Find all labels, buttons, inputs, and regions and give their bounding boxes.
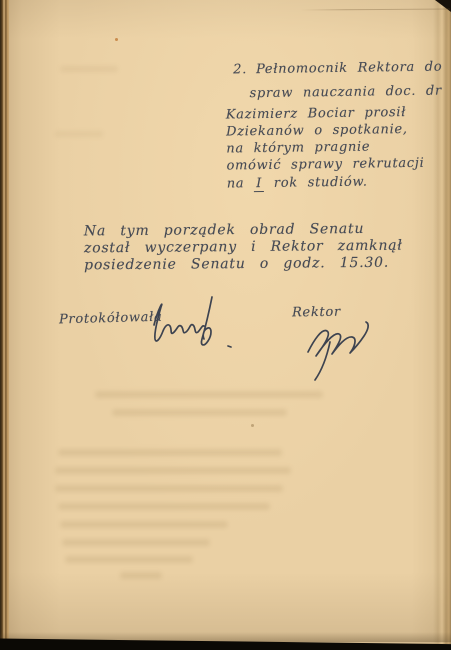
scanned-document-page: 2.Pełnomocnik Rektora do spraw nauczania… (0, 0, 451, 650)
item-number: 2. (233, 62, 247, 77)
bleed-through-line (60, 521, 228, 528)
underlined-roman-numeral: I (254, 176, 264, 192)
bleed-through-line (55, 485, 283, 492)
bleed-through-line (112, 409, 287, 416)
agenda-item-2-paragraph: 2.Pełnomocnik Rektora do spraw nauczania… (225, 58, 444, 192)
bleed-through-line (95, 391, 323, 398)
bleed-through-line (58, 449, 282, 456)
rector-signature (300, 312, 382, 384)
handwritten-line: spraw nauczania doc. dr (249, 82, 442, 102)
handwritten-text: na (227, 176, 245, 191)
bleed-through-line (65, 556, 193, 563)
handwritten-text: rok studiów. (274, 175, 368, 191)
paper-speck (115, 38, 118, 41)
handwritten-line: 2.Pełnomocnik Rektora do (233, 58, 442, 78)
handwritten-line: posiedzenie Senatu o godz. 15.30. (84, 255, 403, 275)
bleed-through-line (60, 66, 118, 72)
book-binding-edge (0, 0, 9, 650)
top-crease-line (300, 8, 450, 10)
paper-speck (251, 424, 254, 427)
handwritten-line: na I rok studiów. (227, 172, 444, 192)
bleed-through-line (55, 131, 103, 137)
closing-paragraph: Na tym porządek obrad Senatu został wycz… (84, 221, 403, 275)
recorder-signature (140, 295, 232, 353)
bleed-through-line (58, 503, 270, 510)
bleed-through-line (62, 539, 210, 546)
bleed-through-line (120, 572, 162, 579)
handwritten-line: omówić sprawy rekrutacji (226, 154, 443, 174)
bleed-through-line (55, 467, 291, 474)
handwritten-text: Pełnomocnik Rektora do (256, 59, 443, 77)
